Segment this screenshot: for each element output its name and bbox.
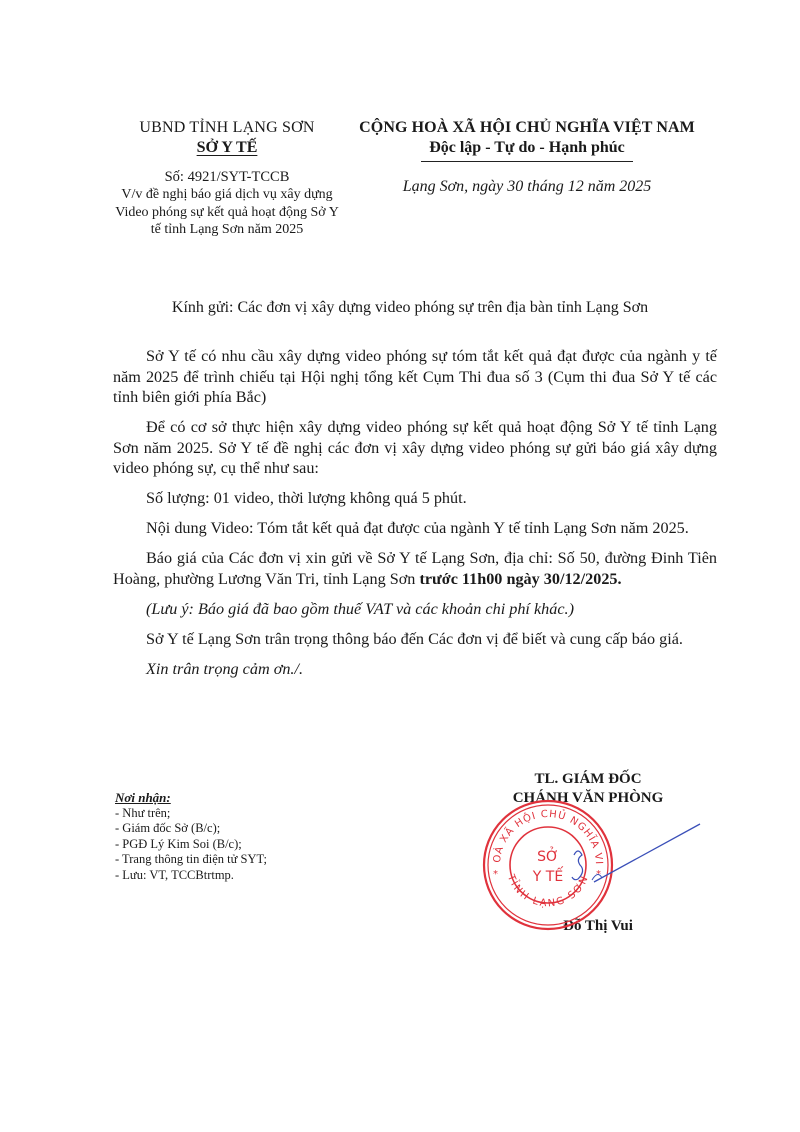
closing-line: Xin trân trọng cảm ơn./. xyxy=(113,659,717,680)
body-paragraph-quantity: Số lượng: 01 video, thời lượng không quá… xyxy=(113,488,717,509)
recipient-line: Kính gửi: Các đơn vị xây dựng video phón… xyxy=(100,298,720,318)
body-paragraph-notice: Sở Y tế Lạng Sơn trân trọng thông báo đế… xyxy=(113,629,717,650)
receiver-item: - PGĐ Lý Kim Soi (B/c); xyxy=(115,837,355,853)
receiver-item: - Như trên; xyxy=(115,806,355,822)
nation-title: CỘNG HOÀ XÃ HỘI CHỦ NGHĨA VIỆT NAM xyxy=(352,118,702,138)
receiver-item: - Giám đốc Sở (B/c); xyxy=(115,821,355,837)
national-motto: Độc lập - Tự do - Hạnh phúc xyxy=(352,138,702,158)
svg-text:Y TẾ: Y TẾ xyxy=(532,866,564,885)
issuing-agency-block: UBND TỈNH LẠNG SƠN SỞ Y TẾ Số: 4921/SYT-… xyxy=(108,118,346,239)
motto-underline xyxy=(421,161,633,162)
document-number: Số: 4921/SYT-TCCB xyxy=(108,168,346,186)
national-header-block: CỘNG HOÀ XÃ HỘI CHỦ NGHĨA VIỆT NAM Độc l… xyxy=(352,118,702,197)
deadline-text: trước 11h00 ngày 30/12/2025. xyxy=(419,570,621,588)
receiver-item: - Trang thông tin điện tử SYT; xyxy=(115,852,355,868)
body-paragraph-address: Báo giá của Các đơn vị xin gửi về Sở Y t… xyxy=(113,548,717,589)
organization-name: UBND TỈNH LẠNG SƠN xyxy=(108,118,346,138)
signer-role-1: TL. GIÁM ĐỐC xyxy=(468,770,708,789)
receivers-list: Nơi nhận: - Như trên; - Giám đốc Sở (B/c… xyxy=(115,790,355,883)
document-body: Sở Y tế có nhu cầu xây dựng video phóng … xyxy=(113,346,717,689)
receiver-item: - Lưu: VT, TCCBtrtmp. xyxy=(115,868,355,884)
svg-text:*: * xyxy=(493,869,498,880)
address-text: Báo giá của Các đơn vị xin gửi về Sở Y t… xyxy=(113,549,717,588)
signature-stroke-icon xyxy=(590,820,710,890)
svg-text:SỞ: SỞ xyxy=(537,846,559,865)
document-page: UBND TỈNH LẠNG SƠN SỞ Y TẾ Số: 4921/SYT-… xyxy=(0,0,800,1132)
body-paragraph-2: Để có cơ sở thực hiện xây dựng video phó… xyxy=(113,417,717,479)
body-note: (Lưu ý: Báo giá đã bao gồm thuế VAT và c… xyxy=(113,599,717,620)
place-and-date: Lạng Sơn, ngày 30 tháng 12 năm 2025 xyxy=(352,177,702,197)
receivers-title: Nơi nhận: xyxy=(115,790,355,806)
body-paragraph-1: Sở Y tế có nhu cầu xây dựng video phóng … xyxy=(113,346,717,408)
document-subject: V/v đề nghị báo giá dịch vụ xây dựng Vid… xyxy=(108,186,346,239)
department-name: SỞ Y TẾ xyxy=(108,138,346,158)
body-paragraph-content: Nội dung Video: Tóm tắt kết quả đạt được… xyxy=(113,518,717,539)
